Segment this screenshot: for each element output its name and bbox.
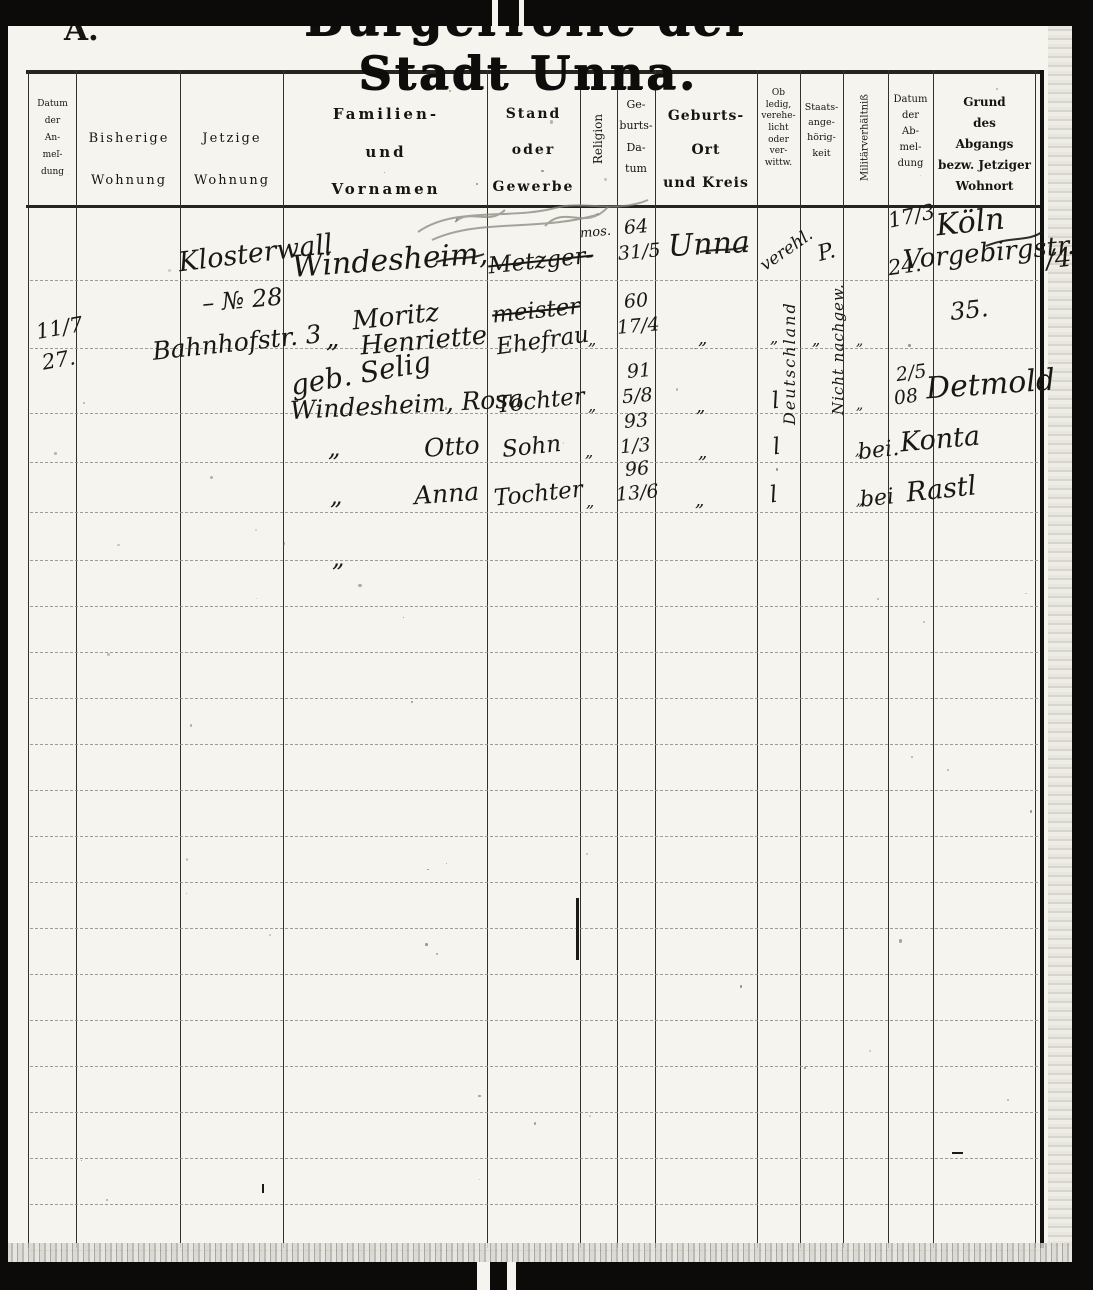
right-scan-band (1072, 0, 1093, 1290)
bottom-band-notch (507, 1262, 516, 1290)
pencil-scrawl (0, 0, 1093, 1290)
bottom-band-notch (477, 1262, 490, 1290)
top-scan-band (0, 0, 1093, 26)
top-band-notch (519, 0, 524, 26)
left-scan-strip (0, 0, 8, 1266)
register-page: A. Bürgerrolle der Stadt Unna. Datum der… (0, 0, 1093, 1290)
bottom-scan-band (0, 1262, 1093, 1290)
top-band-notch (492, 0, 498, 26)
